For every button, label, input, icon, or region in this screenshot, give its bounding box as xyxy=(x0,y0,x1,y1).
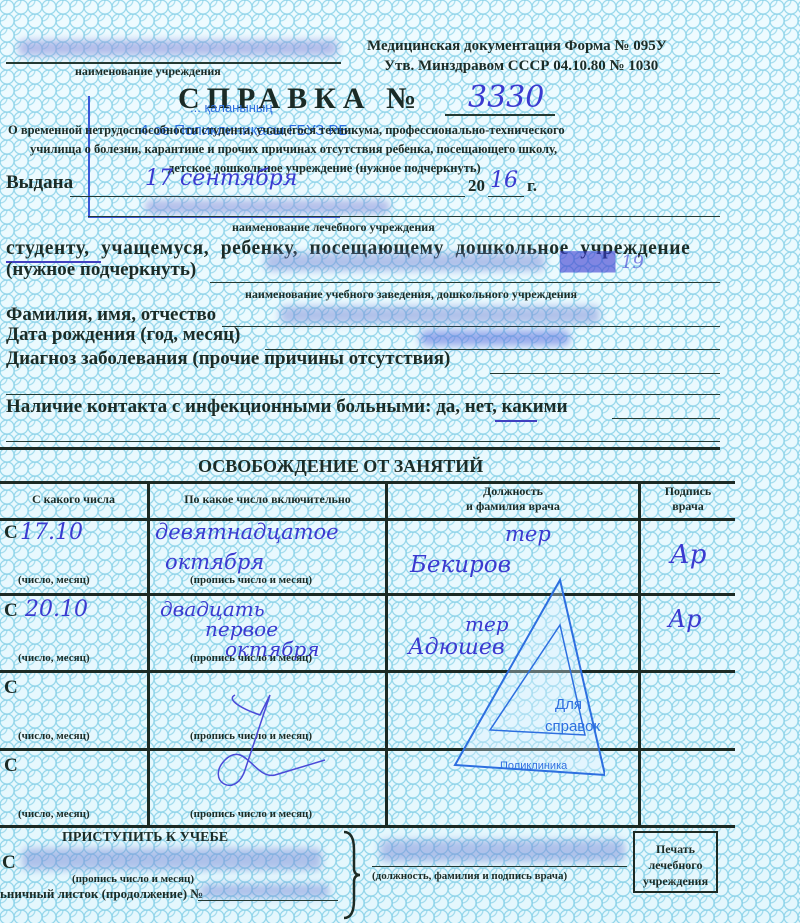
table-col-sep-3 xyxy=(638,481,641,828)
contact-selected-underline xyxy=(495,420,537,422)
issued-year-suffix: 16 xyxy=(490,168,518,193)
col-header-doctor-line2: и фамилия врача xyxy=(388,499,638,514)
col-header-to: По какое число включительно xyxy=(150,492,385,507)
return-title: ПРИСТУПИТЬ К УЧЕБЕ xyxy=(62,830,228,846)
issued-date: 17 сентября xyxy=(145,166,297,191)
sick-list-redacted xyxy=(200,884,330,898)
seal-box: Печать лечебного учреждения xyxy=(633,831,718,893)
row2-prefix: С xyxy=(4,600,18,622)
row2-signature: Ар xyxy=(668,605,702,633)
clinic-caption: наименование лечебного учреждения xyxy=(232,220,435,235)
seal-line1: Печать xyxy=(635,841,716,857)
row1-caption-from: (число, месяц) xyxy=(18,574,90,586)
issued-year-prefix: 20 xyxy=(468,176,485,196)
dob-label: Дата рождения (год, месяц) xyxy=(6,324,240,346)
fio-underline xyxy=(222,326,720,327)
col-header-from: С какого числа xyxy=(0,492,147,507)
form-line-2: Утв. Минздравом СССР 04.10.80 № 1030 xyxy=(384,58,658,75)
stamp-top-line1: ... қаланының xyxy=(190,100,272,115)
row1-to-line1: девятнадцатое xyxy=(155,520,339,544)
clinic-underline xyxy=(88,216,720,217)
row2-from: 20.10 xyxy=(25,597,88,622)
cancel-stroke xyxy=(185,690,445,800)
institution-redacted xyxy=(18,40,338,56)
return-redacted xyxy=(22,848,322,870)
row2-caption-from: (число, месяц) xyxy=(18,652,90,664)
intro-line-1: О временной нетрудоспособности студента,… xyxy=(8,123,565,138)
diagnosis-label: Диагноз заболевания (прочие причины отсу… xyxy=(6,348,450,370)
intro-line-2: училища о болезни, карантине и прочих пр… xyxy=(30,142,557,157)
release-title: ОСВОБОЖДЕНИЕ ОТ ЗАНЯТИЙ xyxy=(198,456,483,477)
issued-date-underline xyxy=(70,196,465,197)
section-divider xyxy=(0,447,720,450)
school-caption: наименование учебного заведения, дошколь… xyxy=(245,287,577,302)
stamp-bottom-line3: Поликлиника xyxy=(500,760,567,772)
doctor-underline xyxy=(372,866,627,867)
fio-label: Фамилия, имя, отчество xyxy=(6,304,216,326)
table-row4-border xyxy=(0,825,735,828)
row1-from: 17.10 xyxy=(20,520,83,545)
triangle-stamp xyxy=(445,570,605,780)
col-header-doctor-line1: Должность xyxy=(388,484,638,499)
form-line-1: Медицинская документация Форма № 095У xyxy=(367,38,667,55)
table-header-border xyxy=(0,518,735,521)
issued-year-unit: г. xyxy=(527,176,537,196)
school-redacted xyxy=(265,253,545,271)
contact-underline xyxy=(612,418,720,419)
stamp-bottom-line1: Для xyxy=(555,696,582,713)
row4-prefix: С xyxy=(4,755,18,777)
doctor-redacted xyxy=(380,840,625,862)
row1-signature: Ар xyxy=(670,540,706,570)
number-underline xyxy=(445,114,555,116)
underline-hint: (нужное подчеркнуть) xyxy=(6,259,196,281)
year-underline xyxy=(488,196,524,197)
row2-caption-to: (пропись число и месяц) xyxy=(190,652,312,664)
seal-line2: лечебного xyxy=(635,857,716,873)
col-header-signature-line2: врача xyxy=(641,499,735,514)
table-row2-border xyxy=(0,670,735,673)
sick-list-underline xyxy=(198,900,338,901)
col-header-doctor: Должность и фамилия врача xyxy=(388,484,638,514)
diagnosis-underline xyxy=(490,373,720,374)
certificate-number: 3330 xyxy=(468,80,544,115)
contact-label: Наличие контакта с инфекционными больным… xyxy=(6,396,568,418)
issued-label: Выдана xyxy=(6,172,73,194)
table-row1-border xyxy=(0,593,735,596)
col-header-signature: Подпись врача xyxy=(641,484,735,514)
contact-underline-2 xyxy=(6,441,720,442)
row4-caption-from: (число, месяц) xyxy=(18,808,90,820)
row1-to-line2: октября xyxy=(165,550,264,574)
school-value: ████ 19 xyxy=(560,252,644,273)
return-caption: (пропись число и месяц) xyxy=(72,873,194,885)
row1-prefix: С xyxy=(4,522,18,544)
doctor-caption: (должность, фамилия и подпись врача) xyxy=(372,870,567,882)
row4-caption-to: (пропись число и месяц) xyxy=(190,808,312,820)
diagnosis-underline-2 xyxy=(6,394,720,395)
school-underline xyxy=(210,282,720,283)
row1-doctor-line1: тер xyxy=(505,522,551,546)
dob-redacted xyxy=(420,330,570,346)
institution-caption: наименование учреждения xyxy=(75,64,221,79)
row1-caption-to: (пропись число и месяц) xyxy=(190,574,312,586)
brace xyxy=(342,830,362,920)
fio-redacted xyxy=(280,306,600,324)
stamp-bottom-line2: справок xyxy=(545,718,600,735)
return-prefix: С xyxy=(2,852,16,874)
sick-list-label: ьничный листок (продолжение) № xyxy=(0,886,203,902)
clinic-redacted xyxy=(145,200,390,214)
seal-line3: учреждения xyxy=(635,873,716,889)
row3-caption-from: (число, месяц) xyxy=(18,730,90,742)
col-header-signature-line1: Подпись xyxy=(641,484,735,499)
row3-prefix: С xyxy=(4,677,18,699)
table-col-sep-1 xyxy=(147,481,150,828)
